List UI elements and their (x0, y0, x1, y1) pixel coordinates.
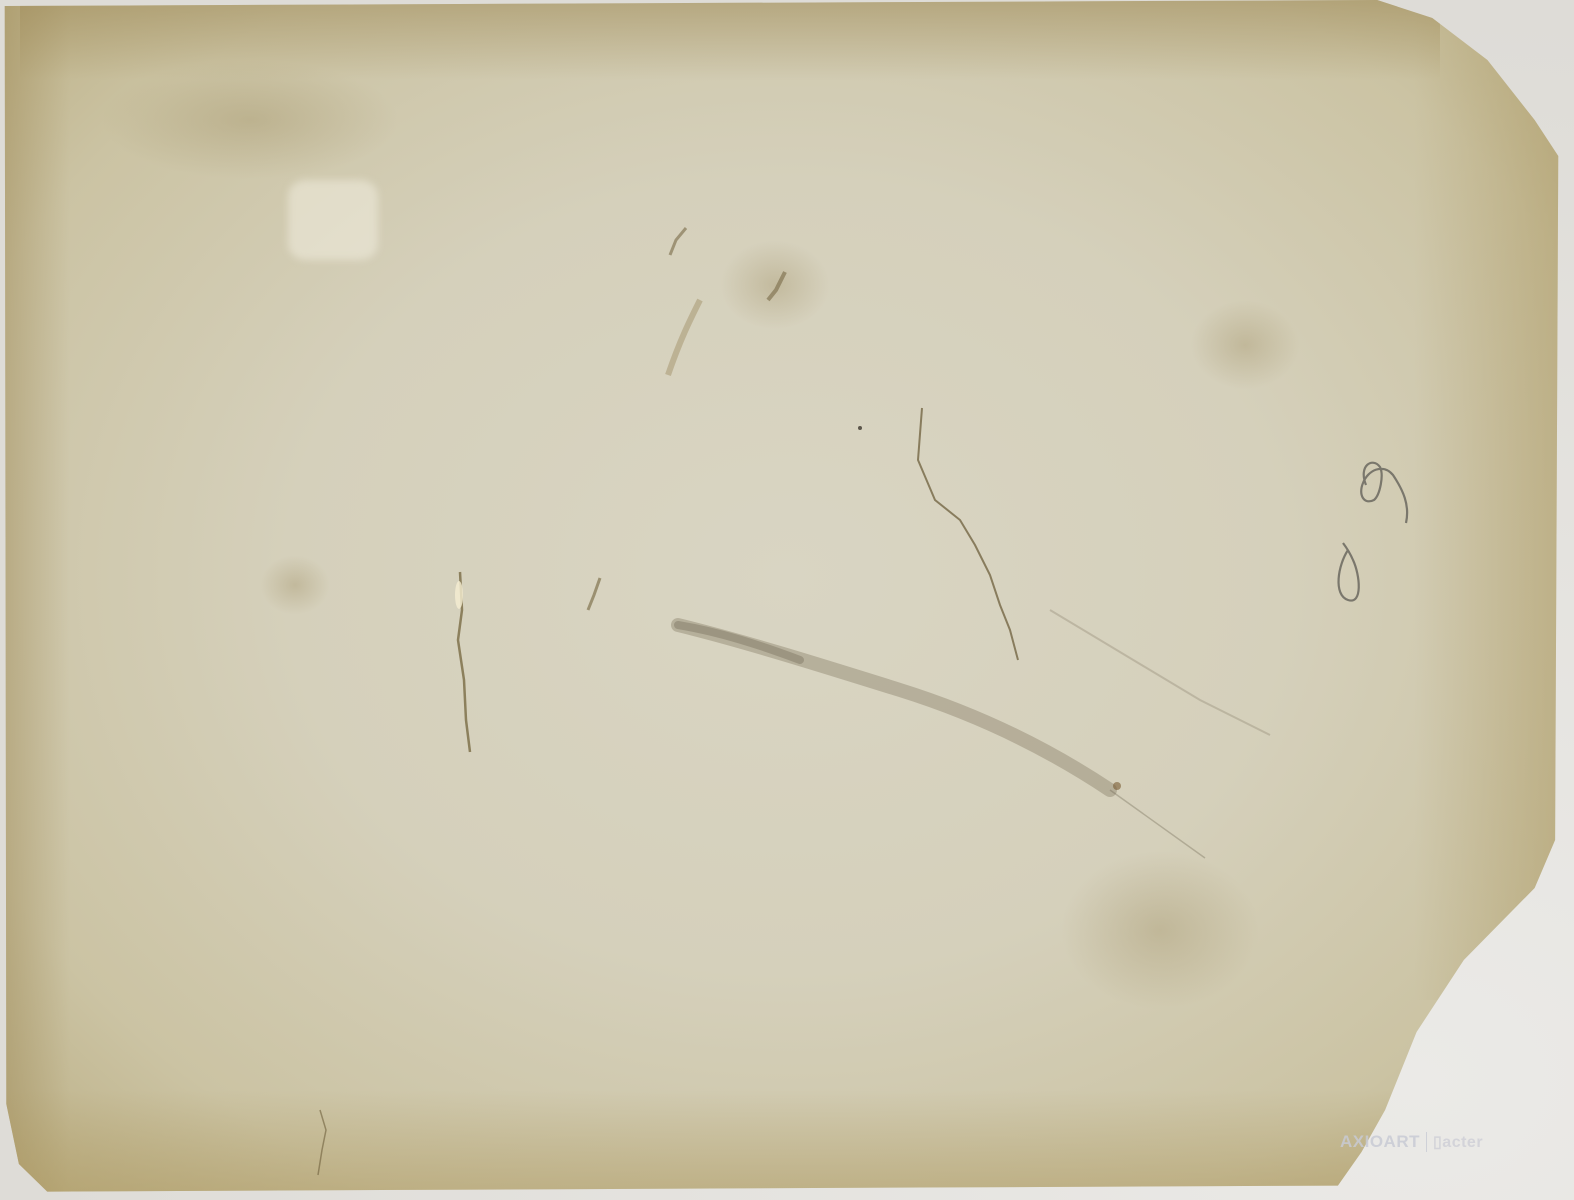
card-mount-back (0, 0, 1574, 1200)
watermark-secondary: ▯acter (1433, 1132, 1483, 1152)
watermark-brand: AXIOART (1340, 1132, 1420, 1152)
watermark-divider (1426, 1132, 1427, 1152)
pencil-inscription-69 (1318, 455, 1418, 605)
watermark: AXIOART ▯acter (1340, 1132, 1483, 1152)
